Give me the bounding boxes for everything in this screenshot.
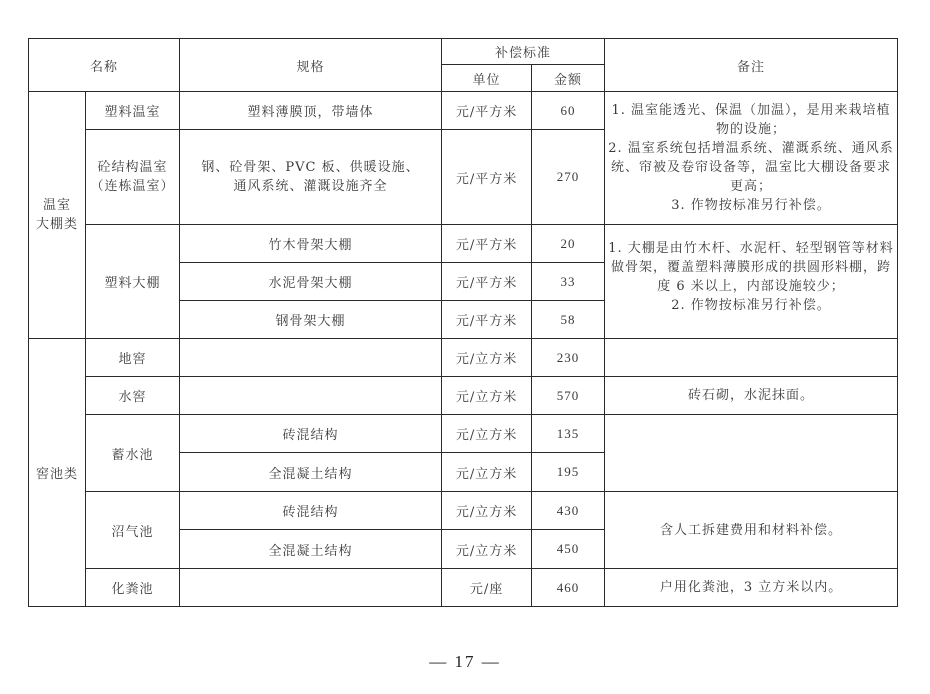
category-line: 大棚类 [29,215,85,234]
item-name: 化粪池 [86,569,180,607]
item-spec-line: 钢、砼骨架、PVC 板、供暖设施、 [180,158,441,177]
page-number: — 17 — [0,652,930,672]
item-unit: 元/立方米 [442,453,532,492]
category-line: 温室 [29,196,85,215]
item-name: 沼气池 [86,492,180,569]
table-row: 温室 大棚类 塑料温室 塑料薄膜顶，带墙体 元/平方米 60 1. 温室能透光、… [29,92,898,130]
item-remark: 砖石砌，水泥抹面。 [605,377,898,415]
item-amount: 58 [532,301,605,339]
item-name: 蓄水池 [86,415,180,492]
item-amount: 135 [532,415,605,453]
header-unit: 单位 [442,65,532,92]
item-remark [605,339,898,377]
remark-plastic-shed: 1. 大棚是由竹木杆、水泥杆、轻型钢管等材料做骨架，覆盖塑料薄膜形成的拱圆形料棚… [605,225,898,339]
item-amount: 20 [532,225,605,263]
item-amount: 230 [532,339,605,377]
header-remarks: 备注 [605,39,898,92]
item-name-line: （连栋温室） [86,177,179,196]
item-spec [180,569,442,607]
item-remark: 含人工拆建费用和材料补偿。 [605,492,898,569]
item-amount: 270 [532,130,605,225]
remark-line: 1. 温室能透光、保温（加温），是用来栽培植物的设施； [605,101,897,139]
item-name: 砼结构温室 （连栋温室） [86,130,180,225]
item-spec: 钢、砼骨架、PVC 板、供暖设施、 通风系统、灌溉设施齐全 [180,130,442,225]
item-spec-line: 通风系统、灌溉设施齐全 [180,177,441,196]
item-spec: 塑料薄膜顶，带墙体 [180,92,442,130]
item-remark: 户用化粪池，3 立方米以内。 [605,569,898,607]
item-unit: 元/平方米 [442,301,532,339]
item-spec: 全混凝土结构 [180,530,442,569]
item-spec: 砖混结构 [180,492,442,530]
item-name: 地窖 [86,339,180,377]
item-unit: 元/平方米 [442,130,532,225]
item-amount: 195 [532,453,605,492]
item-unit: 元/平方米 [442,263,532,301]
item-unit: 元/立方米 [442,377,532,415]
item-amount: 430 [532,492,605,530]
item-name: 塑料大棚 [86,225,180,339]
item-amount: 570 [532,377,605,415]
item-unit: 元/立方米 [442,415,532,453]
table-row: 塑料大棚 竹木骨架大棚 元/平方米 20 1. 大棚是由竹木杆、水泥杆、轻型钢管… [29,225,898,263]
item-spec: 竹木骨架大棚 [180,225,442,263]
item-spec [180,339,442,377]
item-spec: 钢骨架大棚 [180,301,442,339]
table-row: 化粪池 元/座 460 户用化粪池，3 立方米以内。 [29,569,898,607]
table-row: 沼气池 砖混结构 元/立方米 430 含人工拆建费用和材料补偿。 [29,492,898,530]
item-name-line: 砼结构温室 [86,158,179,177]
remark-line: 2. 作物按标准另行补偿。 [605,296,897,315]
item-unit: 元/平方米 [442,92,532,130]
item-amount: 60 [532,92,605,130]
table-row: 窖池类 地窖 元/立方米 230 [29,339,898,377]
remark-greenhouse: 1. 温室能透光、保温（加温），是用来栽培植物的设施； 2. 温室系统包括增温系… [605,92,898,225]
category-greenhouse: 温室 大棚类 [29,92,86,339]
table-row: 水窖 元/立方米 570 砖石砌，水泥抹面。 [29,377,898,415]
remark-line: 3. 作物按标准另行补偿。 [605,196,897,215]
item-remark [605,415,898,492]
item-name: 水窖 [86,377,180,415]
header-name: 名称 [29,39,180,92]
item-amount: 33 [532,263,605,301]
remark-line: 2. 温室系统包括增温系统、灌溉系统、通风系统、帘被及卷帘设备等，温室比大棚设备… [605,139,897,196]
category-cellar: 窖池类 [29,339,86,607]
item-unit: 元/立方米 [442,339,532,377]
item-name: 塑料温室 [86,92,180,130]
item-spec [180,377,442,415]
item-amount: 450 [532,530,605,569]
header-amount: 金额 [532,65,605,92]
item-unit: 元/立方米 [442,530,532,569]
item-spec: 水泥骨架大棚 [180,263,442,301]
header-compensation: 补偿标准 [442,39,605,65]
item-unit: 元/立方米 [442,492,532,530]
item-amount: 460 [532,569,605,607]
item-spec: 砖混结构 [180,415,442,453]
item-spec: 全混凝土结构 [180,453,442,492]
table-row: 蓄水池 砖混结构 元/立方米 135 [29,415,898,453]
remark-line: 1. 大棚是由竹木杆、水泥杆、轻型钢管等材料做骨架，覆盖塑料薄膜形成的拱圆形料棚… [605,239,897,296]
item-unit: 元/平方米 [442,225,532,263]
header-spec: 规格 [180,39,442,92]
compensation-table: 名称 规格 补偿标准 备注 单位 金额 温室 大棚类 塑料温室 塑料薄膜顶，带墙… [28,38,898,607]
item-unit: 元/座 [442,569,532,607]
